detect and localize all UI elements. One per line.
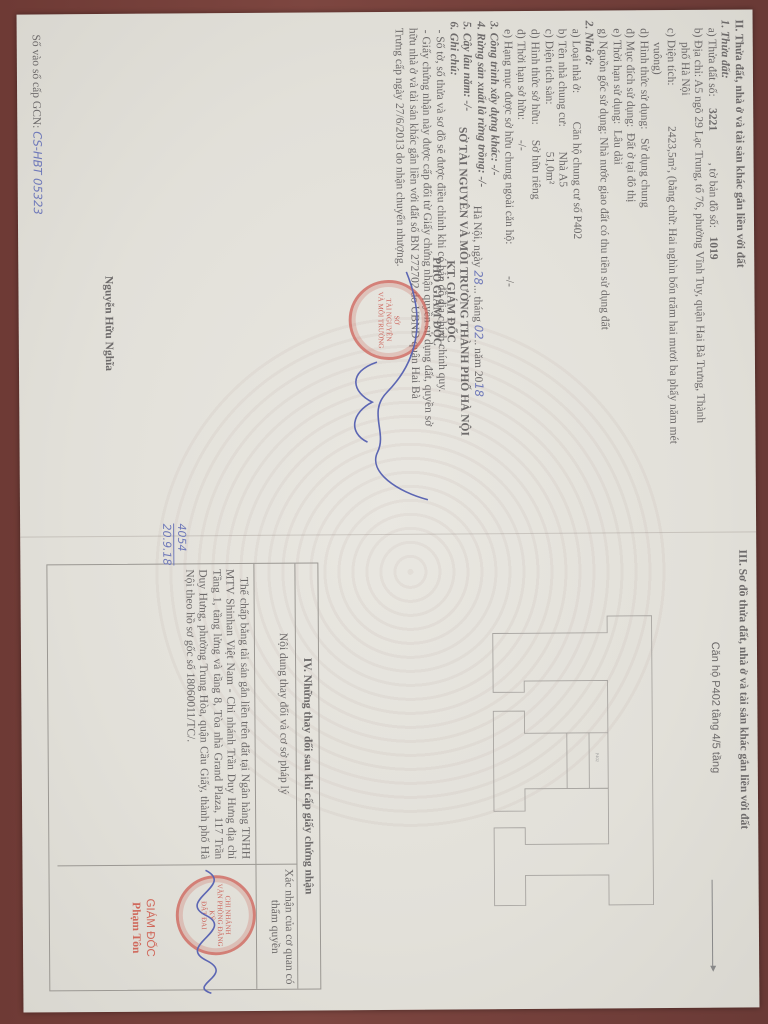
- changes-table-title: IV. Những thay đổi sau khi cấp giấy chứn…: [294, 563, 320, 988]
- changes-table: IV. Những thay đổi sau khi cấp giấy chứn…: [46, 562, 321, 991]
- col-content-header: Nội dung thay đổi và cơ sở pháp lý: [254, 564, 296, 865]
- area-label: c) Diện tích:: [663, 28, 677, 106]
- own-term-label: đ) Thời hạn sở hữu:: [514, 29, 528, 137]
- map-sheet-label: , tờ bản đồ số:: [706, 163, 718, 228]
- issuing-agency: SỞ TÀI NGUYÊN VÀ MÔI TRƯỜNG THÀNH PHỐ HÀ…: [455, 111, 471, 451]
- place-date-prefix: Hà Nội, ngày: [471, 206, 483, 268]
- registry-number: Số vào sổ cấp GCN: CS-HBT 05323: [28, 34, 44, 214]
- origin-value: Nhà nước giao đất có thu tiền sử dụng đấ…: [597, 137, 610, 330]
- col-confirm-header: Xác nhận của cơ quan có thẩm quyền: [256, 865, 297, 989]
- month: 02: [472, 325, 486, 340]
- purpose-label: đ) Mục đích sử dụng:: [624, 28, 637, 127]
- section-iii-iv: III. Sơ đồ thửa đất, nhà ở và tài sản kh…: [28, 549, 751, 1004]
- shared-label: e) Hạng mục được sở hữu chung ngoài căn …: [502, 29, 516, 244]
- change-entry-text: Thế chấp bằng tài sản gắn liền trên đất …: [181, 569, 251, 859]
- use-form-value: Sử dụng chung: [638, 138, 650, 208]
- area-value: 2423,5m², (bằng chữ: Hai nghìn bốn trăm …: [665, 126, 679, 444]
- year-label: năm 20: [472, 348, 484, 382]
- floor-plan-svg: P402: [459, 610, 691, 912]
- month-label: tháng: [472, 296, 484, 322]
- origin-label: g) Nguồn gốc sử dụng:: [597, 28, 610, 134]
- purpose-value: Đất ở tại đô thị: [625, 133, 637, 202]
- parcel-no-value: 3221: [706, 108, 718, 131]
- section-ii: II. Thửa đất, nhà ở và tài sản khác gắn …: [25, 19, 748, 514]
- map-sheet-value: 1019: [707, 237, 719, 260]
- house-type-value: Căn hộ chung cư số P402: [570, 122, 583, 240]
- day: 28: [471, 270, 485, 285]
- parcel-no-label: a) Thửa đất số:: [705, 28, 717, 97]
- changes-table-header: Nội dung thay đổi và cơ sở pháp lý Xác n…: [253, 564, 297, 989]
- use-form-label: d) Hình thức sử dụng:: [637, 28, 650, 129]
- rotated-content: II. Thửa đất, nhà ở và tài sản khác gắn …: [17, 9, 760, 1012]
- floor-plan-diagram: P402: [459, 610, 691, 912]
- confirm-signature: [155, 865, 246, 996]
- change-content-cell: Thế chấp bằng tài sản gắn liền trên đất …: [55, 564, 255, 866]
- floor-area-value: 51,0m²: [543, 152, 555, 185]
- place-date: Hà Nội, ngày 28... tháng 02.. năm 2018: [469, 151, 486, 451]
- north-arrow-icon: [712, 880, 714, 970]
- address-label: b) Địa chỉ:: [692, 28, 704, 77]
- change-confirm-cell: CHI NHÁNH VĂN PHÒNG ĐĂNG KÝ ĐẤT ĐAI GIÁM…: [57, 865, 256, 990]
- house-type-label: a) Loại nhà ở:: [568, 29, 582, 119]
- plan-caption: Căn hộ P402 tầng 4/5 tầng: [707, 642, 722, 774]
- year: 18: [472, 382, 486, 397]
- changes-table-row: Thế chấp bằng tài sản gắn liền trên đất …: [55, 564, 256, 990]
- shared-value: -/-: [503, 276, 515, 287]
- own-term-value: -/-: [516, 140, 528, 151]
- term-label: e) Thời hạn sử dụng:: [610, 28, 623, 124]
- signer-name: Nguyễn Hữu Nghĩa: [101, 276, 115, 371]
- section-iii-title: III. Sơ đồ thửa đất, nhà ở và tài sản kh…: [735, 549, 752, 999]
- ownership-value: Sở hữu riêng: [530, 140, 542, 200]
- certificate-page: II. Thửa đất, nhà ở và tài sản khác gắn …: [17, 9, 760, 1012]
- building-value: Nhà A5: [557, 152, 569, 188]
- floor-area-label: c) Diện tích sàn:: [541, 29, 555, 149]
- registry-label: Số vào sổ cấp GCN:: [30, 34, 43, 128]
- confirm-position: GIÁM ĐỐC: [142, 866, 156, 990]
- confirm-name: Phạm Tôn: [128, 866, 142, 990]
- unit-label: P402: [595, 753, 600, 762]
- entry-number-value: 4054: [174, 523, 188, 565]
- registry-value: CS-HBT 05323: [30, 131, 45, 215]
- term-value: Lâu dài: [611, 130, 623, 165]
- building-label: b) Tên nhà chung cư:: [554, 29, 568, 149]
- handwritten-signature: [316, 262, 448, 503]
- address-value: A5 ngõ 29 Lạc Trung, tổ 76, phường Vĩnh …: [692, 79, 706, 423]
- entry-date-value: 20.9.18: [160, 523, 175, 565]
- ownership-label: d) Hình thức sở hữu:: [527, 29, 541, 137]
- entry-number: 4054 20.9.18: [160, 523, 188, 565]
